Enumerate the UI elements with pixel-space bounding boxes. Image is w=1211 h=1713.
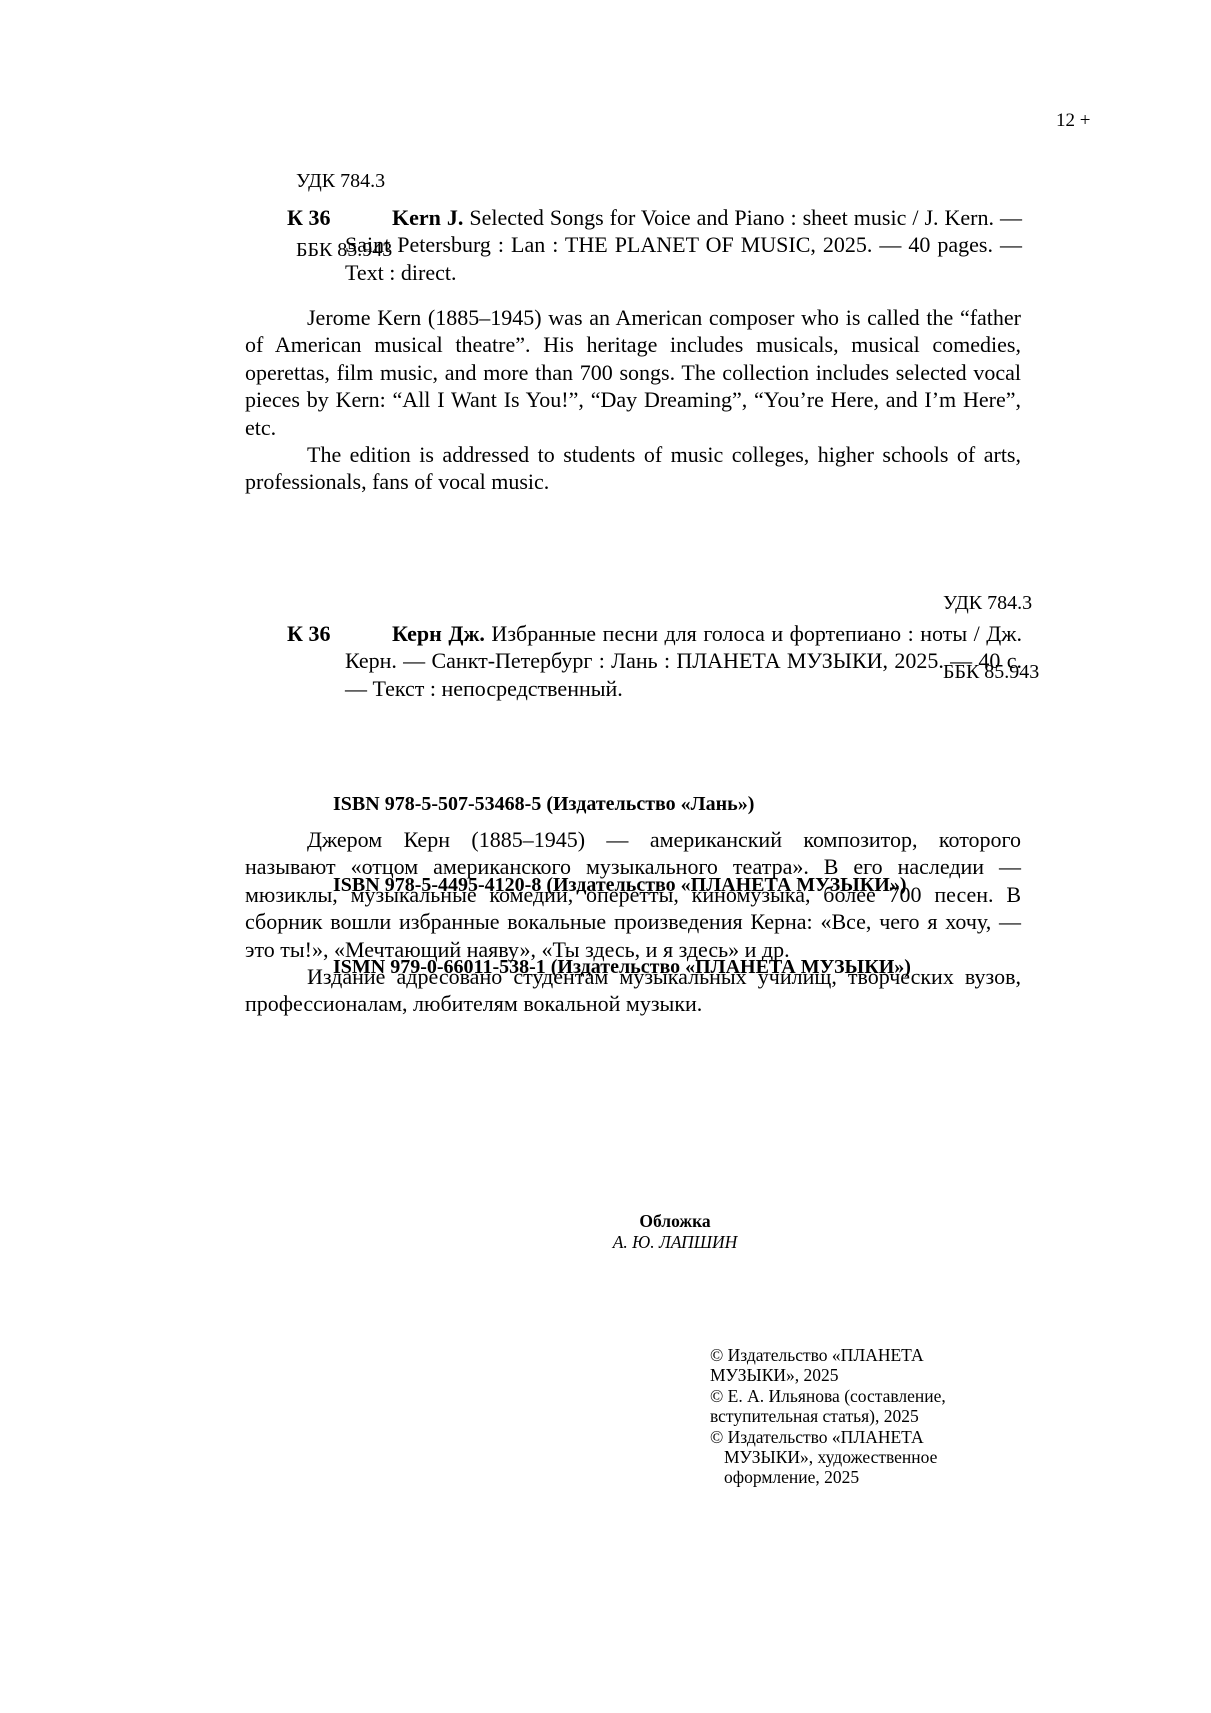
cover-credit-label: Обложка — [545, 1211, 805, 1232]
age-rating: 12 + — [1056, 110, 1090, 132]
copyright-line-compiler: © Е. А. Ильянова (составление, вступител… — [710, 1386, 1012, 1427]
annotation-english-paragraph-1: Jerome Kern (1885–1945) was an American … — [245, 304, 1021, 441]
cover-credit: Обложка А. Ю. ЛАПШИН — [545, 1211, 805, 1253]
copyright-line-design: © Издательство «ПЛАНЕТА МУЗЫКИ», художес… — [710, 1427, 1012, 1488]
udk-code-mid: УДК 784.3 — [943, 592, 1039, 615]
book-imprint-page: УДК 784.3 ББК 85.943 12 + К 36 Kern J. S… — [0, 0, 1211, 1713]
catalog-code-english: К 36 — [287, 204, 330, 231]
isbn-line-lan: ISBN 978-5-507-53468-5 (Издательство «Ла… — [333, 791, 911, 818]
annotation-english-paragraph-2: The edition is addressed to students of … — [245, 441, 1021, 496]
catalog-entry-english: К 36 Kern J. Selected Songs for Voice an… — [345, 204, 1022, 286]
cover-credit-name: А. Ю. ЛАПШИН — [545, 1232, 805, 1253]
annotation-russian: Джером Керн (1885–1945) — американский к… — [245, 826, 1021, 1018]
catalog-entry-russian: К 36 Керн Дж. Избранные песни для голоса… — [345, 620, 1022, 702]
annotation-russian-paragraph-2: Издание адресовано студентам музыкальных… — [245, 963, 1021, 1018]
copyright-line-publisher: © Издательство «ПЛАНЕТА МУЗЫКИ», 2025 — [710, 1345, 1012, 1386]
catalog-author-english: Kern J. — [392, 205, 463, 230]
udk-code-top: УДК 784.3 — [296, 170, 392, 193]
annotation-english: Jerome Kern (1885–1945) was an American … — [245, 304, 1021, 496]
catalog-code-russian: К 36 — [287, 620, 330, 647]
copyright-block: © Издательство «ПЛАНЕТА МУЗЫКИ», 2025 © … — [710, 1345, 1012, 1488]
catalog-author-russian: Керн Дж. — [392, 621, 485, 646]
annotation-russian-paragraph-1: Джером Керн (1885–1945) — американский к… — [245, 826, 1021, 963]
